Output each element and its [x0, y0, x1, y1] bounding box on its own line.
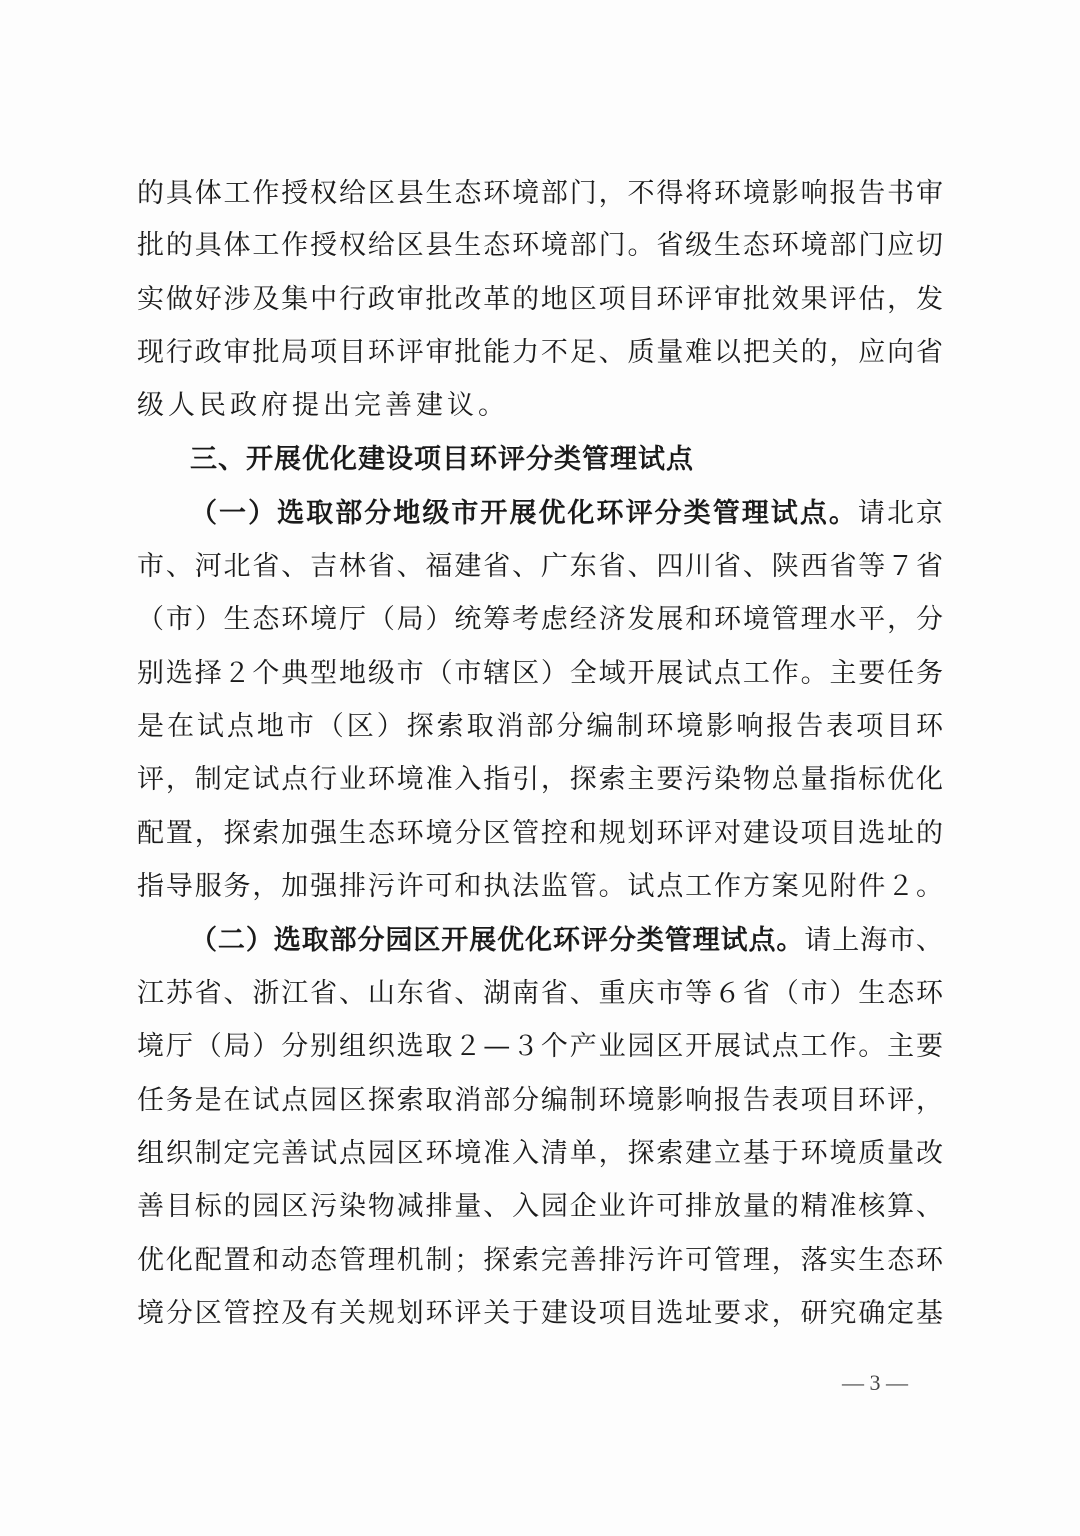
paragraph-line: 现行政审批局项目环评审批能力不足、质量难以把关的，应向省: [137, 333, 943, 373]
paragraph-line: 别选择２个典型地级市（市辖区）全域开展试点工作。主要任务: [137, 654, 943, 694]
paragraph-line: 指导服务，加强排污许可和执法监管。试点工作方案见附件２。: [137, 867, 943, 907]
paragraph-line: 任务是在试点园区探索取消部分编制环境影响报告表项目环评，: [137, 1081, 943, 1121]
subsection-1-title: （一）选取部分地级市开展优化环评分类管理试点。: [190, 498, 858, 529]
paragraph-line: 境分区管控及有关规划环评关于建设项目选址要求，研究确定基: [137, 1294, 943, 1334]
subsection-2-first-line-rest: 请上海市、: [804, 925, 943, 956]
paragraph-line: 批的具体工作授权给区县生态环境部门。省级生态环境部门应切: [137, 226, 943, 266]
paragraph-line: 是在试点地市（区）探索取消部分编制环境影响报告表项目环: [137, 707, 943, 747]
subsection-2-first-line: （二）选取部分园区开展优化环评分类管理试点。请上海市、: [190, 921, 943, 961]
paragraph-line: 级人民政府提出完善建议。: [137, 386, 943, 426]
paragraph-line: 境厅（局）分别组织选取２—３个产业园区开展试点工作。主要: [137, 1027, 943, 1067]
document-page: 的具体工作授权给区县生态环境部门，不得将环境影响报告书审 批的具体工作授权给区县…: [0, 0, 1080, 1536]
subsection-2-title: （二）选取部分园区开展优化环评分类管理试点。: [190, 925, 804, 956]
paragraph-line: 江苏省、浙江省、山东省、湖南省、重庆市等６省（市）生态环: [137, 974, 943, 1014]
paragraph-line: 的具体工作授权给区县生态环境部门，不得将环境影响报告书审: [137, 174, 943, 214]
page-number: — 3 —: [820, 1368, 930, 1398]
paragraph-line: 评，制定试点行业环境准入指引，探索主要污染物总量指标优化: [137, 760, 943, 800]
paragraph-line: 市、河北省、吉林省、福建省、广东省、四川省、陕西省等７省: [137, 547, 943, 587]
paragraph-line: 配置，探索加强生态环境分区管控和规划环评对建设项目选址的: [137, 814, 943, 854]
subsection-1-first-line: （一）选取部分地级市开展优化环评分类管理试点。请北京: [190, 494, 943, 534]
paragraph-line: 善目标的园区污染物减排量、入园企业许可排放量的精准核算、: [137, 1187, 943, 1227]
paragraph-line: （市）生态环境厅（局）统筹考虑经济发展和环境管理水平，分: [137, 600, 943, 640]
subsection-1-first-line-rest: 请北京: [858, 498, 943, 529]
paragraph-line: 优化配置和动态管理机制；探索完善排污许可管理，落实生态环: [137, 1241, 943, 1281]
paragraph-line: 组织制定完善试点园区环境准入清单，探索建立基于环境质量改: [137, 1134, 943, 1174]
paragraph-line: 实做好涉及集中行政审批改革的地区项目环评审批效果评估，发: [137, 280, 943, 320]
section-heading: 三、开展优化建设项目环评分类管理试点: [190, 440, 694, 480]
